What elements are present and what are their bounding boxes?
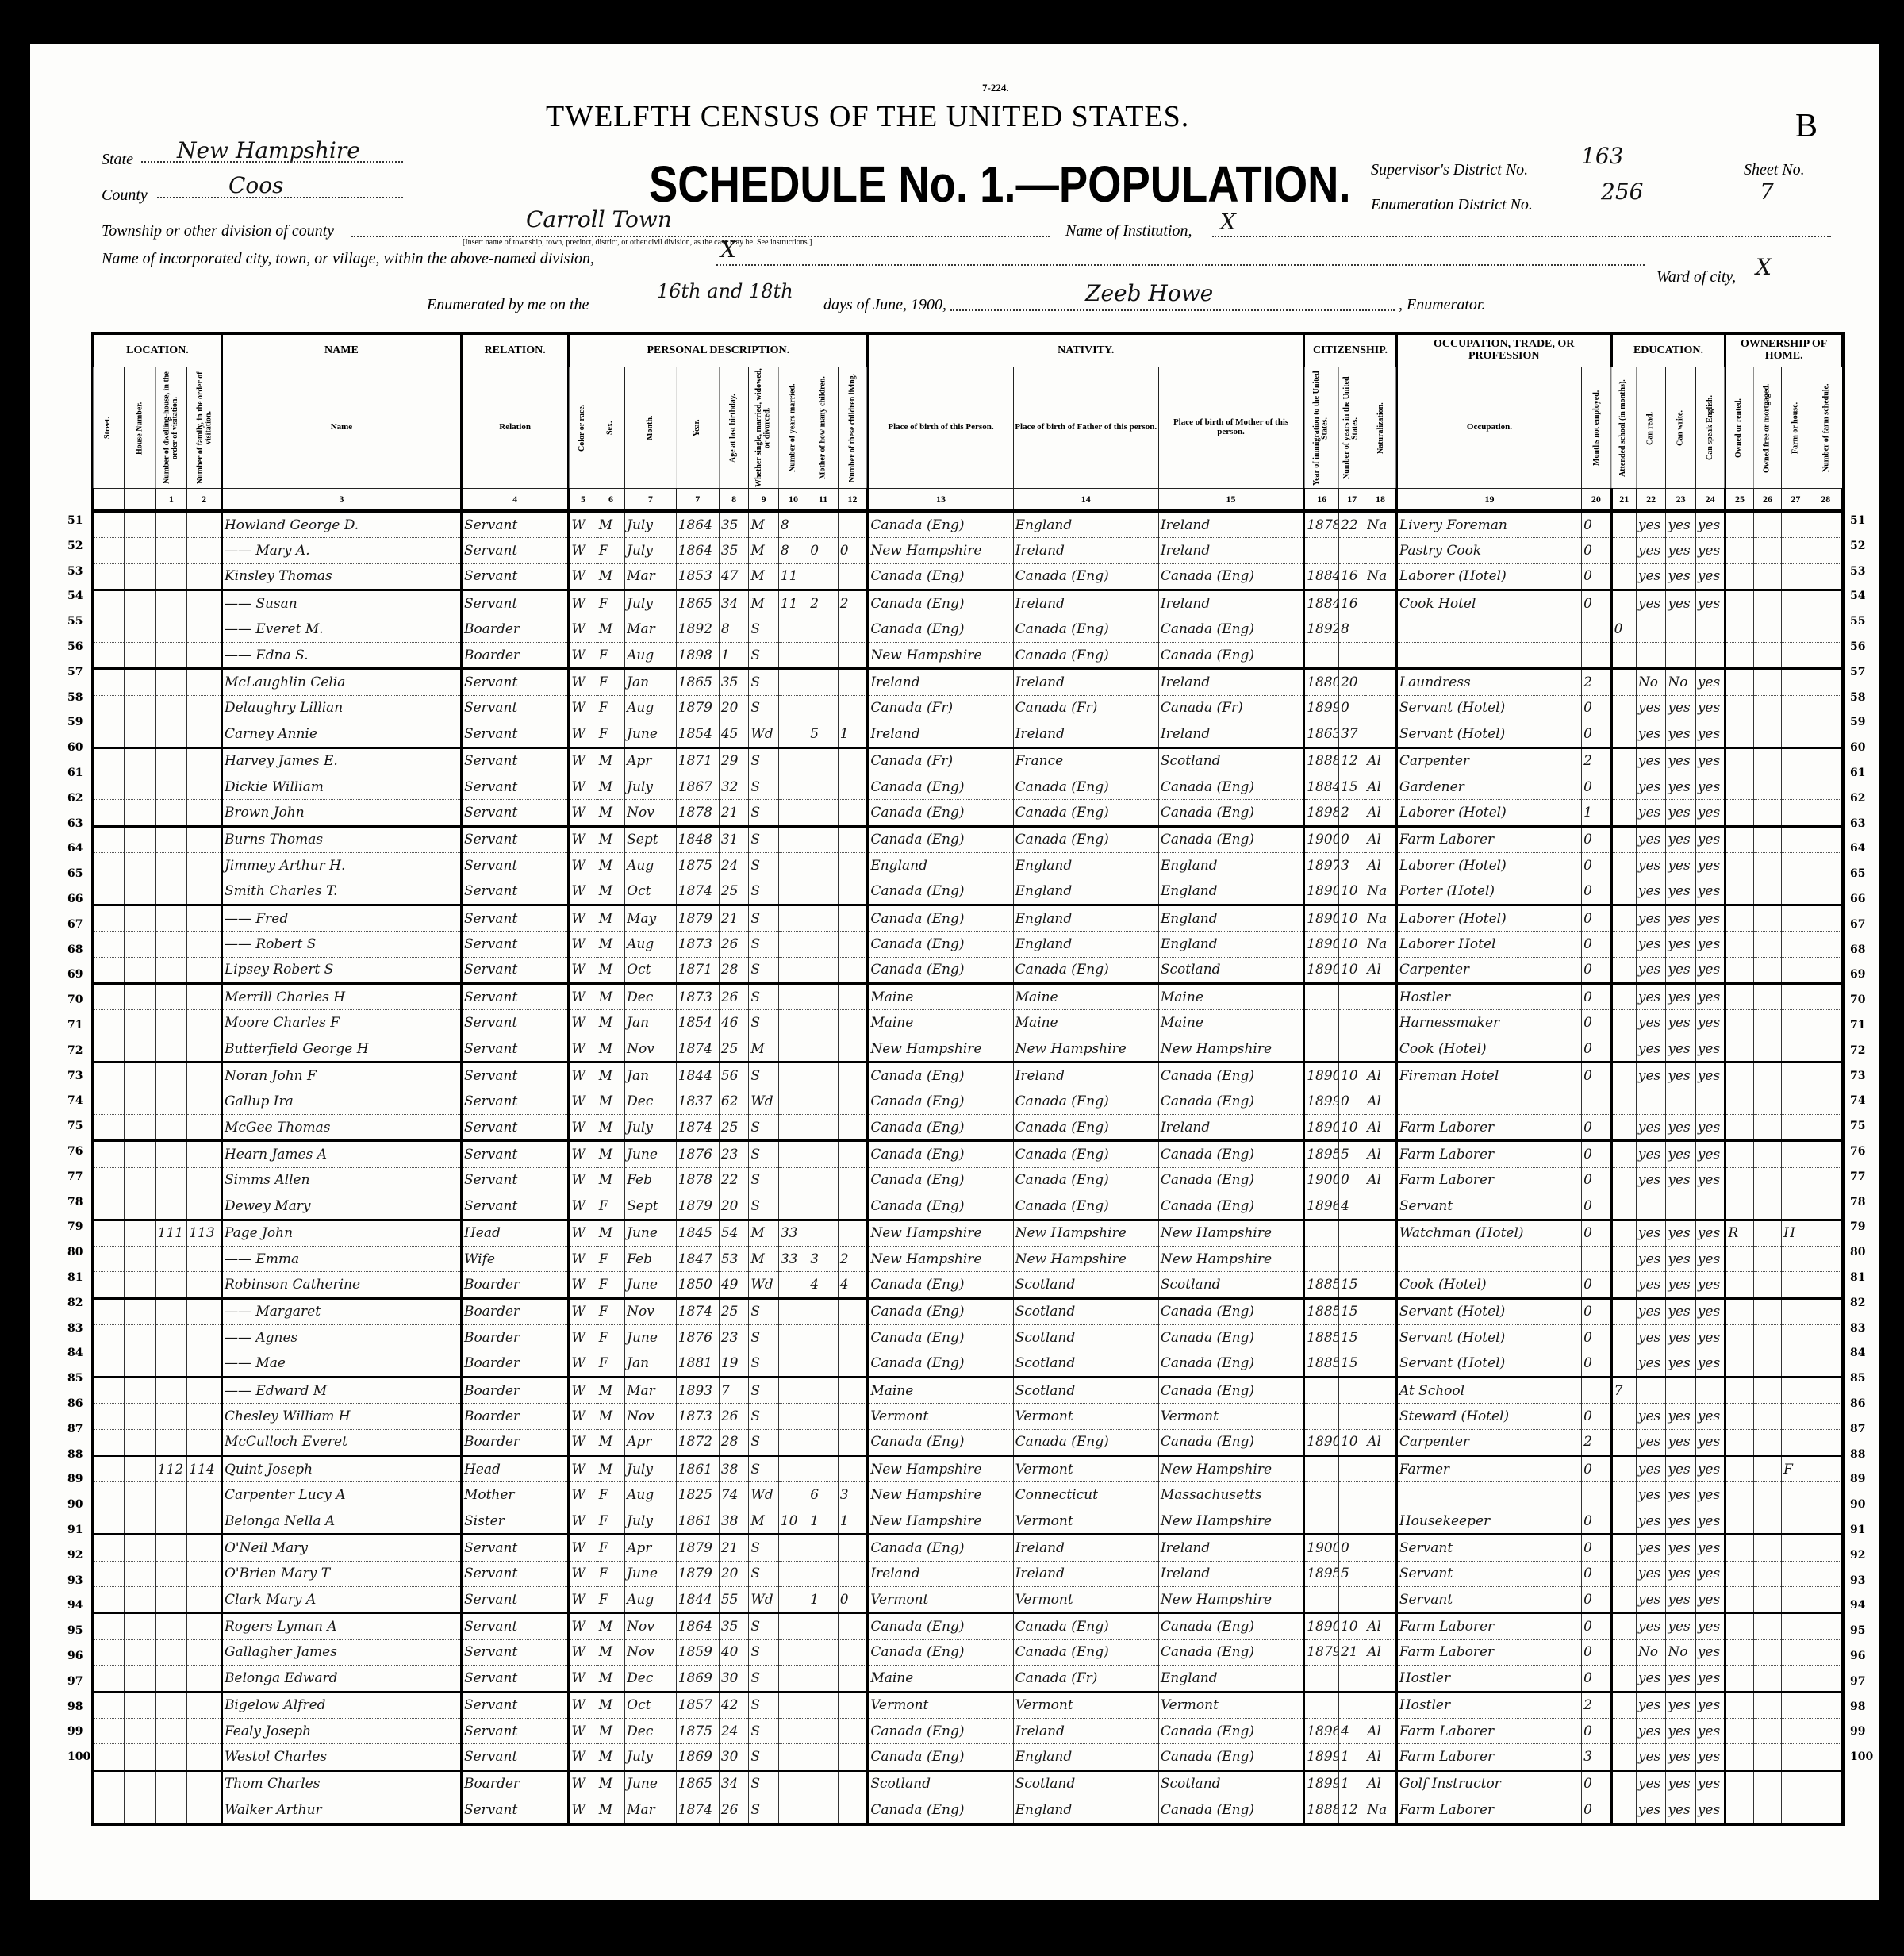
cell-mne: 2 <box>1582 669 1611 695</box>
cell-mpob: Scotland <box>1158 747 1303 774</box>
census-row: Brown JohnServantWMNov187821SCanada (Eng… <box>93 800 1843 826</box>
cell-fam <box>187 1272 222 1298</box>
cell-empty <box>125 1744 156 1770</box>
cell-sched <box>1810 905 1843 931</box>
cell-sched <box>1810 695 1843 721</box>
cell-sch <box>1611 695 1636 721</box>
cell-dw <box>155 1613 187 1639</box>
cell-color: W <box>569 853 597 878</box>
cell-imm: 1880 <box>1304 669 1339 695</box>
line-number: 62 <box>67 792 83 805</box>
cell-free <box>1753 1666 1781 1692</box>
cell-nat <box>1365 1666 1397 1692</box>
cell-empty <box>93 1613 125 1639</box>
cell-sched <box>1810 563 1843 590</box>
cell-rel: Boarder <box>461 1404 568 1429</box>
cell-name: —— Mary A. <box>221 538 461 563</box>
cell-read: yes <box>1636 1429 1665 1455</box>
cell-sch <box>1611 1770 1636 1797</box>
cell-dw <box>155 1587 187 1613</box>
cell-mc <box>808 1613 838 1639</box>
cell-color: W <box>569 905 597 931</box>
cell-eng: yes <box>1695 1770 1725 1797</box>
column-header-30: Farm or house. <box>1782 367 1810 489</box>
cell-age: 21 <box>719 1535 748 1561</box>
cell-name: Kinsley Thomas <box>221 563 461 590</box>
cell-age: 23 <box>719 1141 748 1167</box>
cell-age: 7 <box>719 1377 748 1403</box>
cell-cl <box>838 1456 868 1482</box>
column-number: 7 <box>625 489 677 512</box>
cell-read: yes <box>1636 695 1665 721</box>
cell-yrs <box>1338 1587 1365 1613</box>
cell-sched <box>1810 669 1843 695</box>
cell-empty <box>93 1325 125 1351</box>
cell-yrs <box>1338 1456 1365 1482</box>
cell-read: yes <box>1636 590 1665 617</box>
cell-month: Nov <box>625 800 677 826</box>
cell-cl <box>838 1036 868 1062</box>
cell-occ: Servant <box>1396 1193 1581 1220</box>
cell-sched <box>1810 1404 1843 1429</box>
cell-sex: M <box>597 853 624 878</box>
group-ownership: OWNERSHIP OF HOME. <box>1725 333 1843 367</box>
cell-mne: 2 <box>1582 1429 1611 1455</box>
column-number: 6 <box>597 489 624 512</box>
cell-sex: M <box>597 1404 624 1429</box>
cell-mne <box>1582 1377 1611 1403</box>
census-row: —— AgnesBoarderWFJune187623SCanada (Eng)… <box>93 1325 1843 1351</box>
cell-rel: Servant <box>461 800 568 826</box>
cell-sex: M <box>597 1797 624 1824</box>
cell-occ <box>1396 642 1581 668</box>
cell-sched <box>1810 1508 1843 1534</box>
cell-color: W <box>569 1193 597 1220</box>
cell-read: No <box>1636 669 1665 695</box>
supervisor-district: 163 <box>1581 143 1623 169</box>
census-row: Gallup IraServantWMDec183762WdCanada (En… <box>93 1089 1843 1114</box>
census-row: Delaughry LillianServantWFAug187920SCana… <box>93 695 1843 721</box>
cell-year: 1864 <box>676 511 719 538</box>
cell-mpob: Canada (Eng) <box>1158 1089 1303 1114</box>
supervisor-label: Supervisor's District No. <box>1371 161 1528 179</box>
cell-mpob: Canada (Eng) <box>1158 1298 1303 1324</box>
line-number: 69 <box>1850 968 1865 981</box>
cell-imm: 1890 <box>1304 878 1339 905</box>
cell-imm <box>1304 984 1339 1010</box>
cell-fam <box>187 800 222 826</box>
cell-dw <box>155 563 187 590</box>
cell-dw <box>155 721 187 747</box>
cell-sch <box>1611 853 1636 878</box>
cell-free <box>1753 1246 1781 1271</box>
cell-cl <box>838 1404 868 1429</box>
census-row: Chesley William HBoarderWMNov187326SVerm… <box>93 1404 1843 1429</box>
cell-pob: Canada (Eng) <box>868 1141 1013 1167</box>
line-number: 66 <box>67 893 83 905</box>
census-row: Carney AnnieServantWFJune185445Wd51Irela… <box>93 721 1843 747</box>
census-row: —— Edna S.BoarderWFAug18981SNew Hampshir… <box>93 642 1843 668</box>
cell-read: yes <box>1636 905 1665 931</box>
cell-eng: yes <box>1695 957 1725 983</box>
cell-read: yes <box>1636 984 1665 1010</box>
cell-empty <box>93 1508 125 1534</box>
group-location: LOCATION. <box>93 333 221 367</box>
cell-nat <box>1365 1193 1397 1220</box>
cell-sex: F <box>597 538 624 563</box>
cell-age: 24 <box>719 853 748 878</box>
cell-write: yes <box>1666 1298 1695 1324</box>
cell-ms: Wd <box>749 1482 778 1508</box>
line-number: 87 <box>67 1423 83 1435</box>
cell-nat <box>1365 590 1397 617</box>
cell-sex: F <box>597 1508 624 1534</box>
cell-age: 53 <box>719 1246 748 1271</box>
cell-mpob: England <box>1158 878 1303 905</box>
cell-ms: M <box>749 1036 778 1062</box>
cell-dw <box>155 1429 187 1455</box>
cell-occ: Farm Laborer <box>1396 1718 1581 1743</box>
cell-imm: 1890 <box>1304 1114 1339 1140</box>
cell-age: 21 <box>719 800 748 826</box>
cell-year: 1874 <box>676 878 719 905</box>
cell-free <box>1753 1089 1781 1114</box>
cell-pob: Canada (Eng) <box>868 1797 1013 1824</box>
census-row: Carpenter Lucy AMotherWFAug182574Wd63New… <box>93 1482 1843 1508</box>
cell-pob: Vermont <box>868 1587 1013 1613</box>
cell-cl <box>838 1063 868 1089</box>
cell-write: yes <box>1666 1063 1695 1089</box>
cell-fam <box>187 932 222 957</box>
cell-year: 1859 <box>676 1639 719 1665</box>
cell-imm: 1900 <box>1304 1535 1339 1561</box>
cell-mc <box>808 1351 838 1377</box>
cell-cl: 2 <box>838 1246 868 1271</box>
cell-mne: 0 <box>1582 1298 1611 1324</box>
cell-year: 1879 <box>676 1561 719 1586</box>
cell-sex: M <box>597 1114 624 1140</box>
cell-yrs <box>1338 642 1365 668</box>
cell-write: yes <box>1666 1220 1695 1246</box>
cell-occ: Watchman (Hotel) <box>1396 1220 1581 1246</box>
cell-read: yes <box>1636 1561 1665 1586</box>
cell-empty <box>93 1482 125 1508</box>
census-row: Lipsey Robert SServantWMOct187128SCanada… <box>93 957 1843 983</box>
cell-pob: Canada (Eng) <box>868 617 1013 642</box>
cell-rel: Servant <box>461 957 568 983</box>
cell-age: 49 <box>719 1272 748 1298</box>
cell-write: yes <box>1666 1718 1695 1743</box>
cell-month: Nov <box>625 1639 677 1665</box>
cell-mpob: Canada (Fr) <box>1158 695 1303 721</box>
cell-color: W <box>569 1325 597 1351</box>
cell-empty <box>125 617 156 642</box>
cell-dw <box>155 800 187 826</box>
cell-farm: F <box>1782 1456 1810 1482</box>
cell-rel: Mother <box>461 1482 568 1508</box>
cell-occ: Housekeeper <box>1396 1508 1581 1534</box>
cell-nat: Al <box>1365 1167 1397 1193</box>
cell-imm <box>1304 1010 1339 1036</box>
cell-empty <box>93 984 125 1010</box>
census-row: O'Neil MaryServantWFApr187921SCanada (En… <box>93 1535 1843 1561</box>
cell-name: Belonga Edward <box>221 1666 461 1692</box>
cell-empty <box>125 1587 156 1613</box>
census-row: —— Everet M.BoarderWMMar18928SCanada (En… <box>93 617 1843 642</box>
line-number: 55 <box>67 615 83 628</box>
cell-occ: Servant <box>1396 1561 1581 1586</box>
cell-mpob: Scotland <box>1158 1272 1303 1298</box>
cell-empty <box>125 826 156 852</box>
cell-occ: Cook (Hotel) <box>1396 1036 1581 1062</box>
cell-mc <box>808 905 838 931</box>
cell-fpob: Canada (Eng) <box>1013 957 1158 983</box>
cell-nat: Na <box>1365 932 1397 957</box>
cell-sex: F <box>597 695 624 721</box>
cell-sch <box>1611 563 1636 590</box>
cell-dw <box>155 1666 187 1692</box>
cell-occ: Servant (Hotel) <box>1396 1298 1581 1324</box>
cell-dw <box>155 1377 187 1403</box>
group-relation: RELATION. <box>461 333 568 367</box>
cell-month: Dec <box>625 1718 677 1743</box>
cell-cl <box>838 1298 868 1324</box>
cell-color: W <box>569 1246 597 1271</box>
cell-occ: Carpenter <box>1396 1429 1581 1455</box>
cell-empty <box>93 1797 125 1824</box>
cell-own <box>1725 1508 1753 1534</box>
cell-year: 1893 <box>676 1377 719 1403</box>
cell-color: W <box>569 1666 597 1692</box>
cell-own <box>1725 957 1753 983</box>
line-number: 77 <box>1850 1170 1865 1183</box>
cell-fam <box>187 1141 222 1167</box>
cell-age: 26 <box>719 1404 748 1429</box>
cell-sched <box>1810 800 1843 826</box>
cell-sex: M <box>597 1718 624 1743</box>
cell-sch <box>1611 1063 1636 1089</box>
cell-write: yes <box>1666 1325 1695 1351</box>
column-header-23: Months not employed. <box>1582 367 1611 489</box>
cell-empty <box>125 721 156 747</box>
cell-mne: 0 <box>1582 853 1611 878</box>
cell-month: Jan <box>625 1063 677 1089</box>
cell-yrs: 10 <box>1338 1063 1365 1089</box>
cell-sex: M <box>597 617 624 642</box>
cell-dw <box>155 1404 187 1429</box>
cell-mne: 0 <box>1582 721 1611 747</box>
cell-sch <box>1611 1456 1636 1482</box>
institution-label: Name of Institution, <box>1065 222 1192 240</box>
cell-year: 1879 <box>676 1193 719 1220</box>
cell-occ: Servant (Hotel) <box>1396 1325 1581 1351</box>
cell-age: 24 <box>719 1718 748 1743</box>
cell-fpob: Canada (Eng) <box>1013 1089 1158 1114</box>
cell-empty <box>93 1587 125 1613</box>
cell-empty <box>125 932 156 957</box>
line-number: 100 <box>67 1750 90 1763</box>
group-personal: PERSONAL DESCRIPTION. <box>569 333 868 367</box>
cell-yrs <box>1338 538 1365 563</box>
line-number: 86 <box>1850 1397 1865 1410</box>
cell-dw <box>155 617 187 642</box>
cell-fpob: Canada (Eng) <box>1013 642 1158 668</box>
cell-ms: S <box>749 800 778 826</box>
cell-mpob: Canada (Eng) <box>1158 1141 1303 1167</box>
state-label: State <box>102 151 133 169</box>
cell-sex: M <box>597 1377 624 1403</box>
cell-sch <box>1611 1298 1636 1324</box>
cell-ms: S <box>749 1535 778 1561</box>
cell-occ: Farm Laborer <box>1396 1639 1581 1665</box>
cell-fam <box>187 1298 222 1324</box>
cell-dw <box>155 1193 187 1220</box>
cell-sch <box>1611 1246 1636 1271</box>
cell-mne <box>1582 642 1611 668</box>
cell-mpob: New Hampshire <box>1158 1036 1303 1062</box>
cell-occ: Livery Foreman <box>1396 511 1581 538</box>
cell-free <box>1753 747 1781 774</box>
cell-empty <box>93 1089 125 1114</box>
cell-imm: 1878 <box>1304 511 1339 538</box>
cell-nat: Na <box>1365 878 1397 905</box>
cell-read: yes <box>1636 932 1665 957</box>
cell-read: yes <box>1636 1404 1665 1429</box>
cell-color: W <box>569 1456 597 1482</box>
cell-dw <box>155 1114 187 1140</box>
cell-color: W <box>569 1797 597 1824</box>
cell-mne: 0 <box>1582 1770 1611 1797</box>
column-header-22: Occupation. <box>1396 367 1581 489</box>
cell-occ: Servant <box>1396 1587 1581 1613</box>
census-row: Kinsley ThomasServantWMMar185347M11Canad… <box>93 563 1843 590</box>
cell-cl <box>838 747 868 774</box>
cell-year: 1861 <box>676 1456 719 1482</box>
cell-color: W <box>569 1010 597 1036</box>
cell-color: W <box>569 1141 597 1167</box>
cell-nat: Na <box>1365 1797 1397 1824</box>
line-number: 85 <box>67 1372 83 1385</box>
cell-mc <box>808 1114 838 1140</box>
cell-sched <box>1810 1718 1843 1743</box>
cell-cl <box>838 1770 868 1797</box>
cell-sched <box>1810 1770 1843 1797</box>
cell-read <box>1636 1377 1665 1403</box>
cell-own <box>1725 1744 1753 1770</box>
schedule-title: SCHEDULE No. 1.—POPULATION. <box>649 155 1351 213</box>
cell-age: 34 <box>719 590 748 617</box>
census-row: Clark Mary AServantWFAug184455Wd10Vermon… <box>93 1587 1843 1613</box>
column-number: 10 <box>778 489 808 512</box>
cell-nat <box>1365 1351 1397 1377</box>
cell-empty <box>93 1404 125 1429</box>
cell-color: W <box>569 511 597 538</box>
cell-cl <box>838 1613 868 1639</box>
cell-year: 1874 <box>676 1298 719 1324</box>
cell-empty <box>93 957 125 983</box>
cell-dw: 111 <box>155 1220 187 1246</box>
city-value: X <box>720 236 736 263</box>
cell-nat: Al <box>1365 957 1397 983</box>
cell-own <box>1725 853 1753 878</box>
cell-sched <box>1810 1272 1843 1298</box>
census-row: Smith Charles T.ServantWMOct187425SCanad… <box>93 878 1843 905</box>
cell-empty <box>125 1535 156 1561</box>
cell-read: yes <box>1636 1272 1665 1298</box>
cell-ym <box>778 1298 808 1324</box>
cell-farm <box>1782 905 1810 931</box>
cell-sch <box>1611 826 1636 852</box>
cell-cl <box>838 932 868 957</box>
cell-color: W <box>569 617 597 642</box>
cell-read: yes <box>1636 1036 1665 1062</box>
line-number: 93 <box>1850 1574 1865 1587</box>
cell-name: Simms Allen <box>221 1167 461 1193</box>
cell-imm: 1896 <box>1304 1193 1339 1220</box>
cell-empty <box>125 1508 156 1534</box>
cell-own <box>1725 1141 1753 1167</box>
cell-free <box>1753 1535 1781 1561</box>
cell-fpob: Ireland <box>1013 721 1158 747</box>
cell-fpob: Canada (Eng) <box>1013 617 1158 642</box>
line-number: 76 <box>1850 1145 1865 1158</box>
cell-eng: yes <box>1695 1325 1725 1351</box>
cell-ym <box>778 1010 808 1036</box>
cell-free <box>1753 1613 1781 1639</box>
cell-fam <box>187 747 222 774</box>
cell-ms: S <box>749 1404 778 1429</box>
cell-dw <box>155 1561 187 1586</box>
cell-ms: S <box>749 1613 778 1639</box>
cell-mc <box>808 1298 838 1324</box>
cell-dw: 112 <box>155 1456 187 1482</box>
cell-rel: Servant <box>461 1797 568 1824</box>
cell-fam <box>187 1535 222 1561</box>
census-row: Jimmey Arthur H.ServantWMAug187524SEngla… <box>93 853 1843 878</box>
column-number: 7 <box>676 489 719 512</box>
cell-month: Apr <box>625 747 677 774</box>
line-number: 69 <box>67 968 83 981</box>
cell-empty <box>125 1351 156 1377</box>
line-number: 64 <box>1850 842 1865 855</box>
cell-occ: Farmer <box>1396 1456 1581 1482</box>
cell-occ: Farm Laborer <box>1396 1114 1581 1140</box>
cell-dw <box>155 538 187 563</box>
cell-color: W <box>569 1718 597 1743</box>
cell-farm <box>1782 932 1810 957</box>
cell-read: yes <box>1636 800 1665 826</box>
cell-own <box>1725 1482 1753 1508</box>
column-number: 13 <box>868 489 1013 512</box>
cell-write: yes <box>1666 826 1695 852</box>
cell-age: 62 <box>719 1089 748 1114</box>
cell-dw <box>155 1246 187 1271</box>
cell-ym <box>778 1561 808 1586</box>
cell-year: 1865 <box>676 1770 719 1797</box>
cell-fam <box>187 1561 222 1586</box>
cell-cl <box>838 1639 868 1665</box>
line-number: 80 <box>67 1246 83 1259</box>
cell-name: Merrill Charles H <box>221 984 461 1010</box>
cell-name: McGee Thomas <box>221 1114 461 1140</box>
enumerator-label: , Enumerator. <box>1399 296 1485 314</box>
cell-pob: Canada (Eng) <box>868 1298 1013 1324</box>
cell-write: yes <box>1666 1404 1695 1429</box>
cell-eng: yes <box>1695 1666 1725 1692</box>
cell-rel: Boarder <box>461 1298 568 1324</box>
cell-free <box>1753 642 1781 668</box>
cell-month: Oct <box>625 878 677 905</box>
